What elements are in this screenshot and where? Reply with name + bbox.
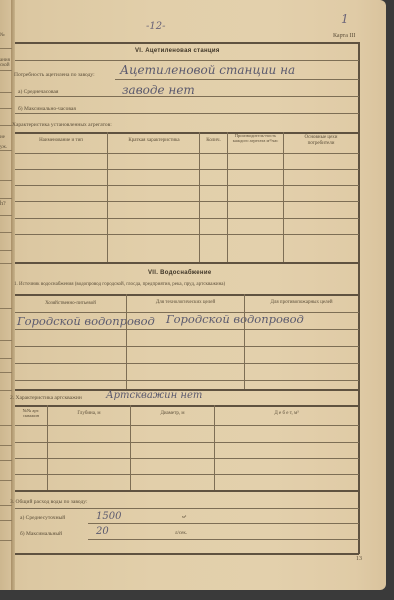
avg-daily-value: 1500 [96, 511, 121, 522]
max-consumption-label: б) Максимальный [20, 531, 62, 537]
col-header-domestic: Хозяйственно-питьевой [15, 301, 126, 307]
water-source-domestic: Городской водопровод [17, 314, 155, 328]
avg-hourly-label: а) Среднечасовая [18, 89, 58, 95]
margin-fragment: ской [0, 63, 10, 68]
avg-daily-unit: м³ [182, 514, 186, 519]
max-hourly-label: б) Максимально-часовая [18, 106, 76, 112]
frame-right [358, 42, 360, 554]
col-header-diameter: Диаметр, м [131, 411, 214, 417]
max-consumption-value: 20 [96, 526, 109, 537]
frame-top [15, 42, 359, 44]
margin-fragment: № [0, 33, 5, 38]
section-vii-title: VII. Водоснабжение [148, 270, 211, 276]
handwritten-page-number: -12- [146, 21, 165, 32]
max-consumption-unit: л/сек. [175, 531, 187, 536]
frame-bottom [15, 553, 359, 555]
col-header-name-type: Наименование и тип [15, 138, 107, 144]
margin-fragment: ие [0, 135, 5, 140]
acetylene-demand-value-cont: заводе нет [122, 83, 195, 97]
water-source-label: 1. Источник водоснабжения (водопровод го… [14, 282, 225, 287]
col-header-fire: Для противопожарных целей [245, 300, 358, 306]
document-page: № ания ской ие уж. h? -12- 1 Карта III V… [0, 0, 386, 590]
total-consumption-label: 3. Общий расход воды по заводу: [10, 499, 88, 505]
section-vi-title: VI. Ацетиленовая станция [135, 48, 220, 54]
acetylene-demand-label: Потребность ацетилена по заводу: [14, 72, 95, 78]
margin-fragment: уж. [0, 145, 7, 150]
units-characteristics-label: Характеристика установленных агрегатов: [12, 122, 112, 128]
col-header-depth: Глубина, м [48, 411, 130, 417]
col-header-main-consumers: Основные цехи потребители [284, 135, 358, 147]
col-header-quantity: Колич. [200, 138, 227, 144]
col-header-technological: Для технологических целей [127, 300, 244, 306]
footer-page-number: 13 [356, 556, 362, 562]
col-header-debit: Д е б е т, м³ [215, 411, 358, 417]
corner-mark: 1 [341, 12, 349, 26]
col-header-short-char: Краткая характеристика [108, 138, 200, 144]
col-header-capacity: Производитель-ность каждого агрегата м³/… [228, 133, 283, 143]
avg-daily-label: а) Среднесуточный [20, 515, 65, 521]
col-header-well-number: №№ арт. скважин [15, 408, 47, 418]
acetylene-demand-value: Ацетиленовой станции на [120, 63, 295, 77]
wells-value: Артскважин нет [106, 390, 202, 401]
card-label: Карта III [333, 33, 355, 39]
margin-fragment: h? [0, 202, 6, 207]
water-source-technological: Городской водопровод [166, 312, 304, 326]
wells-label: 2. Характеристика артскважин [10, 395, 82, 401]
